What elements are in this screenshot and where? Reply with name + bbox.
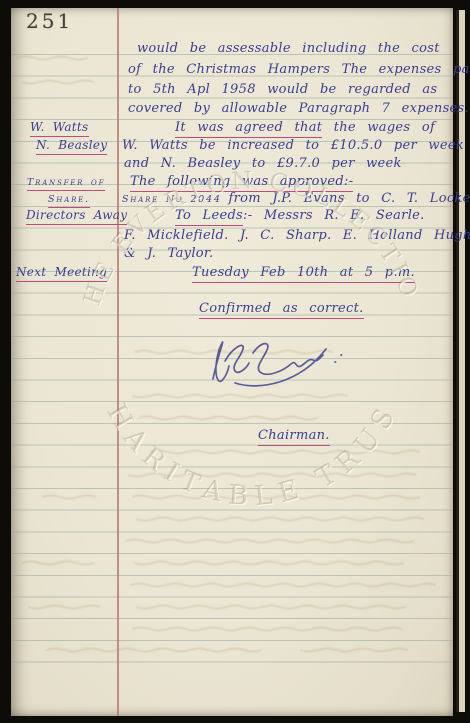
scanned-minute-book-page: 251 would be assessable [0, 0, 470, 723]
embossed-watermark: THE EVERTON COLLECTION THE EVERTON COLLE… [0, 0, 470, 723]
svg-text:CHARITABLE TRUST: CHARITABLE TRUST [0, 0, 406, 513]
svg-text:THE EVERTON COLLECTION: THE EVERTON COLLECTION [0, 0, 426, 310]
svg-text:CHARITABLE TRUST: CHARITABLE TRUST [0, 0, 404, 512]
svg-text:THE EVERTON COLLECTION: THE EVERTON COLLECTION [0, 0, 425, 309]
